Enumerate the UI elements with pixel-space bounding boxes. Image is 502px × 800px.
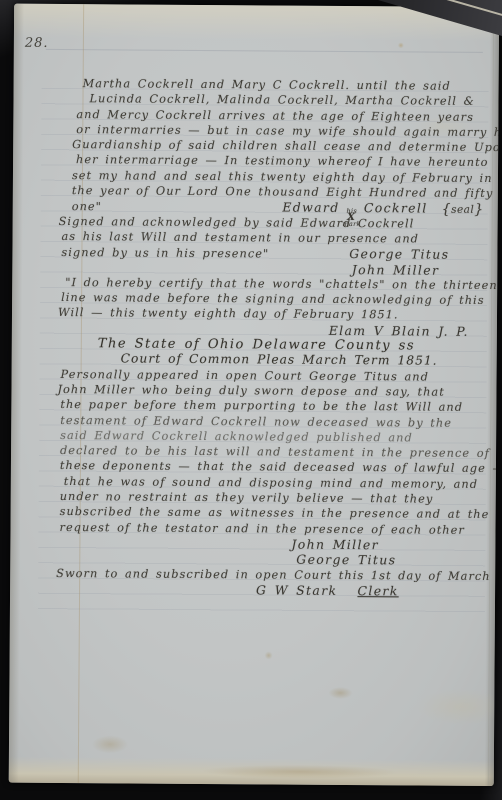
attestation-text: signed by us in his presence" [61,245,269,262]
witness-signature: George Titus [349,246,449,262]
manuscript-line: Will — this twenty eighth day of Februar… [58,305,487,323]
clerk-signature: G W Stark [256,582,338,598]
line-end-text: one" [72,199,102,215]
manuscript-line: as his last Will and testament in our pr… [61,229,487,247]
manuscript-line: request of the testator and in the prese… [59,520,485,538]
manuscript-line: the year of Our Lord One thousand Eight … [72,183,488,201]
testator-given-name: Edward [282,200,339,216]
body-text: as his last Will and testament in our pr… [61,229,419,247]
manuscript-text-block: Martha Cockrell and Mary C Cockrell. unt… [53,76,489,599]
witness-signature: John Miller [291,537,379,553]
body-text: the year of Our Lord One thousand Eight … [72,183,494,201]
witness-signature: John Miller [352,262,440,278]
body-text: Sworn to and subscribed in open Court th… [56,565,499,584]
seal-brace-left: { [442,202,452,218]
manuscript-line: declared to be his last will and testame… [60,443,486,461]
page-edge-discoloration-bottom [9,757,494,786]
manuscript-line: George Titus [296,552,485,569]
header-rule-line [46,49,483,53]
seal-brace-right: } [474,202,484,218]
testator-family-name: Cockrell [364,200,428,216]
manuscript-line: John Miller [291,537,485,554]
ledger-page: 28. Martha Cockrell and Mary C Cockrell.… [9,4,499,786]
body-text: request of the testator and in the prese… [59,520,464,538]
clerk-title: Clerk [357,583,398,599]
body-text: declared to be his last will and testame… [60,443,490,461]
document-scan: 28. Martha Cockrell and Mary C Cockrell.… [0,0,502,800]
his-mark-notation: hisXmark [342,209,360,226]
seal-mark: {seal} [442,202,484,219]
manuscript-line: G W StarkClerk [256,582,485,599]
manuscript-line: signed by us in his presence"George Titu… [61,244,487,262]
seal-text: seal [451,204,474,216]
right-margin-line [488,7,494,786]
witness-signature: George Titus [296,552,396,568]
mark-label-mark: mark [342,222,360,227]
body-text: Will — this twenty eighth day of Februar… [58,305,399,323]
witness-signature: Elam V Blain J. P. [329,323,469,339]
page-number: 28. [25,36,49,51]
manuscript-line: Sworn to and subscribed in open Court th… [56,565,485,583]
